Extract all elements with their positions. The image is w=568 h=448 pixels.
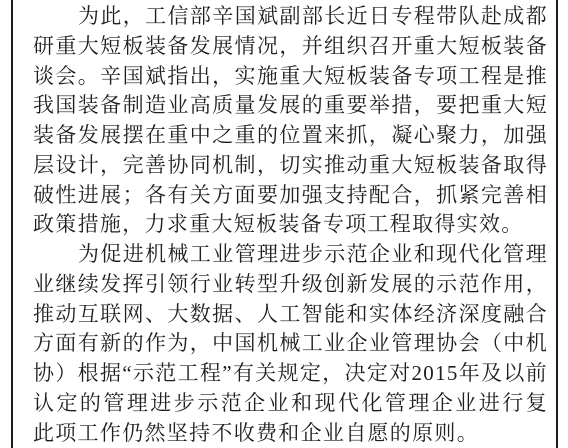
text-line: 为此，工信部辛国斌副部长近日专程带队赴成都调 [33, 2, 548, 32]
text-line: 我国装备制造业高质量发展的重要举措，要把重大短板 [33, 91, 548, 121]
text-line: 研重大短板装备发展情况，并组织召开重大短板装备座 [33, 32, 548, 62]
text-line: 谈会。辛国斌指出，实施重大短板装备专项工程是推动 [33, 62, 548, 92]
text-line: 层设计，完善协同机制，切实推动重大短板装备取得突 [33, 151, 548, 181]
text-line: 破性进展；各有关方面要加强支持配合，抓紧完善相关 [33, 181, 548, 211]
text-line: 此项工作仍然坚持不收费和企业自愿的原则。 [33, 419, 548, 448]
right-page-rule [556, 0, 558, 448]
document-page: 为此，工信部辛国斌副部长近日专程带队赴成都调 研重大短板装备发展情况，并组织召开… [0, 0, 568, 448]
text-line: 推动互联网、大数据、人工智能和实体经济深度融合等 [33, 300, 548, 330]
text-line: 政策措施，力求重大短板装备专项工程取得实效。 [33, 210, 548, 240]
body-text: 为此，工信部辛国斌副部长近日专程带队赴成都调 研重大短板装备发展情况，并组织召开… [33, 2, 548, 448]
text-line: 为促进机械工业管理进步示范企业和现代化管理企 [33, 240, 548, 270]
text-line: 认定的管理进步示范企业和现代化管理企业进行复检。 [33, 389, 548, 419]
text-line: 协）根据“示范工程”有关规定，决定对2015年及以前 [33, 359, 548, 389]
text-line: 业继续发挥引领行业转型升级创新发展的示范作用，在 [33, 270, 548, 300]
left-page-rule [11, 0, 13, 448]
text-line: 装备发展摆在重中之重的位置来抓，凝心聚力，加强顶 [33, 121, 548, 151]
text-line: 方面有新的作为，中国机械工业企业管理协会（中机企 [33, 329, 548, 359]
